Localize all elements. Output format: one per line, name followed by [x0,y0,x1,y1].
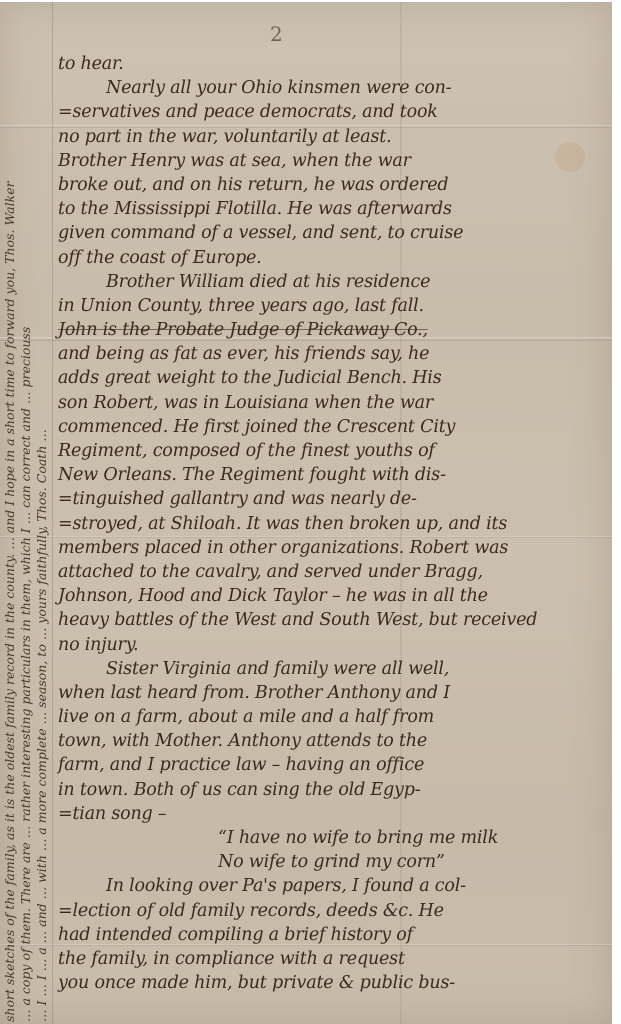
letter-line: =tinguished gallantry and was nearly de- [58,487,608,511]
letter-line: New Orleans. The Regiment fought with di… [58,463,608,487]
margin-note-line: short sketches of the family, as it is t… [2,2,18,1022]
letter-line: had intended compiling a brief history o… [58,923,608,947]
letter-line: adds great weight to the Judicial Bench.… [58,366,608,390]
margin-note-line: … I … I … a … and … with … a more comple… [34,2,50,1022]
quoted-verse-line: No wife to grind my corn” [58,850,608,874]
letter-line: to hear. [58,52,608,76]
letter-line: members placed in other organizations. R… [58,536,608,560]
letter-line: the family, in compliance with a request [58,947,608,971]
letter-line: town, with Mother. Anthony attends to th… [58,729,608,753]
letter-line: to the Mississippi Flotilla. He was afte… [58,197,608,221]
letter-line: =stroyed, at Shiloah. It was then broken… [58,512,608,536]
letter-line: off the coast of Europe. [58,246,608,270]
letter-line: broke out, and on his return, he was ord… [58,173,608,197]
letter-line: in Union County, three years ago, last f… [58,294,608,318]
letter-line: when last heard from. Brother Anthony an… [58,681,608,705]
quoted-verse-line: “I have no wife to bring me milk [58,826,608,850]
letter-line: you once made him, but private & public … [58,971,608,995]
letter-line: no part in the war, voluntarily at least… [58,125,608,149]
paragraph-start: Nearly all your Ohio kinsmen were con- [58,76,608,100]
letter-line: =lection of old family records, deeds &c… [58,899,608,923]
letter-line: son Robert, was in Louisiana when the wa… [58,391,608,415]
paragraph-start: Brother William died at his residence [58,270,608,294]
letter-line: given command of a vessel, and sent, to … [58,221,608,245]
margin-note-line: … a copy of them. There are … rather int… [18,2,34,1022]
letter-line: attached to the cavalry, and served unde… [58,560,608,584]
letter-line: =tian song – [58,802,608,826]
letter-line: Johnson, Hood and Dick Taylor – he was i… [58,584,608,608]
letter-page: 2 short sketches of the family, as it is… [0,2,612,1024]
letter-line: Brother Henry was at sea, when the war [58,149,608,173]
letter-line: Regiment, composed of the finest youths … [58,439,608,463]
letter-line: heavy battles of the West and South West… [58,608,608,632]
letter-line: live on a farm, about a mile and a half … [58,705,608,729]
margin-note: short sketches of the family, as it is t… [2,2,54,1022]
paragraph-start: Sister Virginia and family were all well… [58,657,608,681]
letter-line: farm, and I practice law – having an off… [58,753,608,777]
letter-line: and being as fat as ever, his friends sa… [58,342,608,366]
letter-line: in town. Both of us can sing the old Egy… [58,778,608,802]
page-number: 2 [270,22,283,46]
letter-body: to hear. Nearly all your Ohio kinsmen we… [58,52,608,995]
struck-line: John is the Probate Judge of Pickaway Co… [58,318,608,342]
letter-line: commenced. He first joined the Crescent … [58,415,608,439]
letter-line: no injury. [58,633,608,657]
paragraph-start: In looking over Pa's papers, I found a c… [58,874,608,898]
letter-line: =servatives and peace democrats, and too… [58,100,608,124]
